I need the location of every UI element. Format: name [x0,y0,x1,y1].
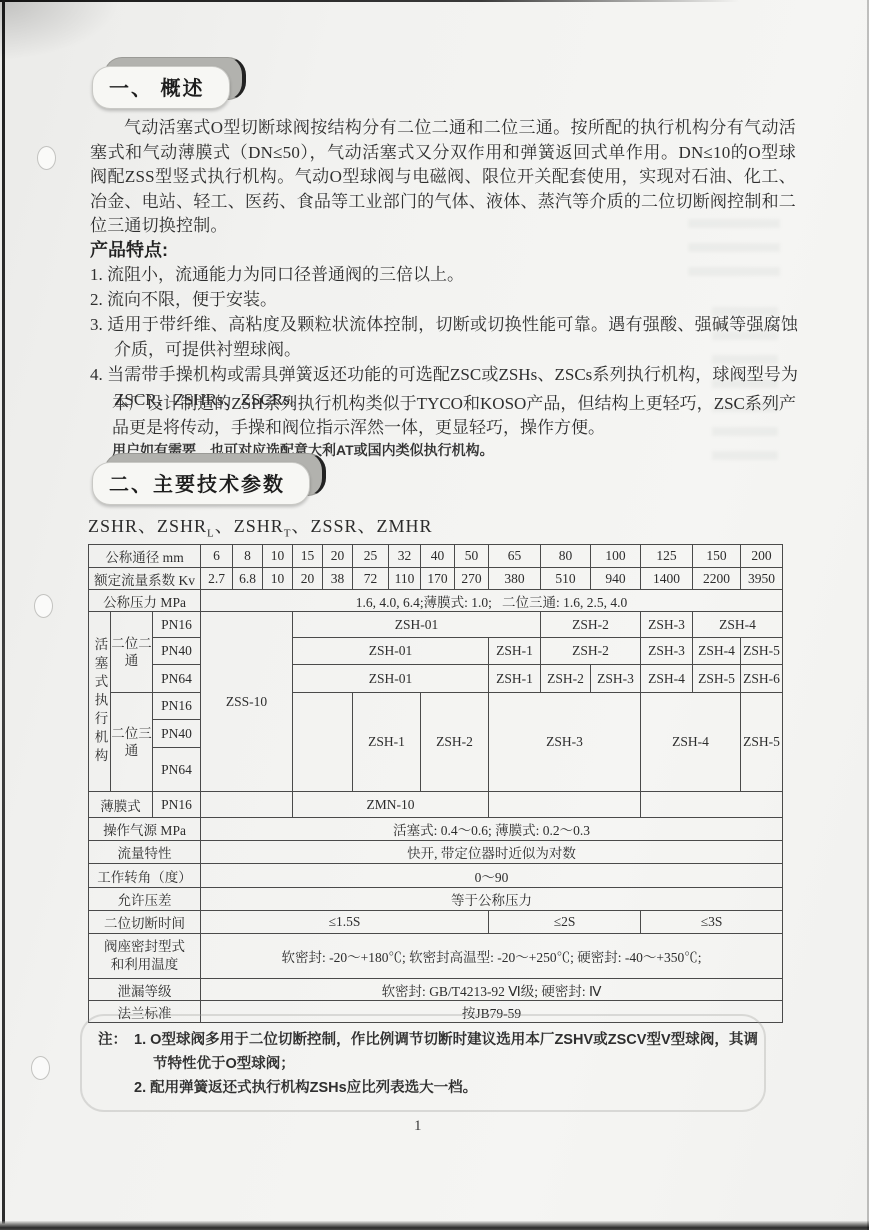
three-way-group-label: 二位三通 [111,693,153,792]
kv-value: 2.7 [201,568,233,590]
seal-type-value: 软密封: -20～+180℃; 软密封高温型: -20～+250℃; 硬密封: … [201,934,783,979]
pressure-value: 1.6, 4.0, 6.4;薄膜式: 1.0; 二位三通: 1.6, 2.5, … [201,590,783,612]
dn-value: 100 [591,545,641,568]
model-subscript: T [284,528,292,540]
scan-edge-bottom [0,1221,869,1230]
binder-hole-artifact [34,594,53,618]
actuator-cell: ZSH-2 [541,665,591,693]
seal-type-label-line2: 和利用温度 [111,957,179,972]
scan-corner-shade [0,0,120,60]
table-row: 额定流量系数 Kv 2.7 6.8 10 20 38 72 110 170 27… [89,568,783,590]
empty-cell [489,792,641,818]
table-row: 二位三通 PN16 ZSH-1 ZSH-2 ZSH-3 ZSH-4 ZSH-5 [89,693,783,720]
binder-hole-artifact [31,1056,50,1080]
actuator-cell: ZSH-2 [541,612,641,638]
dn-value: 50 [455,545,489,568]
section2-header-badge: 二、主要技术参数 [92,462,310,505]
kv-value: 1400 [641,568,693,590]
dn-value: 32 [389,545,421,568]
pn-cell: PN64 [153,665,201,693]
actuator-cell: ZSH-3 [641,612,693,638]
kv-value: 270 [455,568,489,590]
air-supply-label: 操作气源 MPa [89,818,201,841]
kv-value: 2200 [693,568,741,590]
actuator-cell: ZSH-4 [641,665,693,693]
actuator-cell: ZSH-01 [293,638,489,665]
table-row: 阀座密封型式和利用温度 软密封: -20～+180℃; 软密封高温型: -20～… [89,934,783,979]
dn-value: 125 [641,545,693,568]
section2-title: 二、主要技术参数 [92,462,310,505]
cutoff-time-value-3: ≤3S [641,911,783,934]
page-number: 1 [414,1118,422,1135]
table-row: 二位切断时间 ≤1.5S ≤2S ≤3S [89,911,783,934]
model-segment: 、ZSSR、ZMHR [292,516,433,536]
pn-cell: PN64 [153,748,201,792]
technical-parameters-table: 公称通径 mm 6 8 10 15 20 25 32 40 50 65 80 1… [88,544,783,1023]
two-way-group-label: 二位二通 [111,612,153,693]
notes-marker: 注： [98,1028,134,1100]
model-segment: 、ZSHR [215,516,284,536]
table-row: PN40 ZSH-01 ZSH-1 ZSH-2 ZSH-3 ZSH-4 ZSH-… [89,638,783,665]
kv-label: 额定流量系数 Kv [89,568,201,590]
actuator-cell: ZSH-6 [741,665,783,693]
flow-characteristic-value: 快开, 带定位器时近似为对数 [201,841,783,864]
actuator-cell: ZSH-3 [489,693,641,792]
kv-value: 380 [489,568,541,590]
kv-value: 3950 [741,568,783,590]
rotation-angle-label: 工作转角（度） [89,864,201,888]
empty-cell [641,792,783,818]
kv-value: 6.8 [233,568,263,590]
table-row: 公称通径 mm 6 8 10 15 20 25 32 40 50 65 80 1… [89,545,783,568]
model-subscript: L [207,528,215,540]
actuator-cell: ZSH-5 [741,638,783,665]
pn-cell: PN16 [153,693,201,720]
actuator-cell: ZSH-4 [693,612,783,638]
table-row: 流量特性 快开, 带定位器时近似为对数 [89,841,783,864]
features-list: 1. 流阻小，流通能力为同口径普通阀的三倍以上。 2. 流向不限，便于安装。 3… [90,262,798,412]
zss10-cell: ZSS-10 [201,612,293,792]
zmn10-cell: ZMN-10 [293,792,489,818]
actuator-cell: ZSH-01 [293,665,489,693]
dn-value: 65 [489,545,541,568]
pressure-diff-value: 等于公称压力 [201,888,783,911]
actuator-cell: ZSH-1 [353,693,421,792]
model-list: ZSHR、ZSHRL、ZSHRT、ZSSR、ZMHR [88,512,433,540]
kv-value: 72 [353,568,389,590]
dn-value: 150 [693,545,741,568]
note-item-1: 1. O型球阀多用于二位切断控制，作比例调节切断时建议选用本厂ZSHV或ZSCV… [134,1028,758,1076]
actuator-cell: ZSH-2 [541,638,641,665]
dn-value: 8 [233,545,263,568]
pn-cell: PN16 [153,792,201,818]
cutoff-time-value-2: ≤2S [489,911,641,934]
feature-item-2: 2. 流向不限，便于安装。 [90,287,798,312]
table-row: PN64 ZSH-01 ZSH-1 ZSH-2 ZSH-3 ZSH-4 ZSH-… [89,665,783,693]
pn-cell: PN40 [153,638,201,665]
pn-cell: PN16 [153,612,201,638]
table-row: 允许压差 等于公称压力 [89,888,783,911]
actuator-cell: ZSH-5 [741,693,783,792]
flow-characteristic-label: 流量特性 [89,841,201,864]
actuator-cell: ZSH-01 [293,612,541,638]
notes-block: 注： 1. O型球阀多用于二位切断控制，作比例调节切断时建议选用本厂ZSHV或Z… [98,1028,758,1100]
pressure-diff-label: 允许压差 [89,888,201,911]
piston-actuator-vertical-label: 活塞式执行机构 [89,612,111,792]
empty-cell [201,792,293,818]
table-row: 泄漏等级 软密封: GB/T4213-92 Ⅵ级; 硬密封: Ⅳ [89,979,783,1001]
intro-paragraph: 气动活塞式O型切断球阀按结构分有二位二通和二位三通。按所配的执行机构分有气动活塞… [90,116,796,239]
actuator-cell: ZSH-3 [641,638,693,665]
dn-value: 10 [263,545,293,568]
empty-cell [293,693,353,792]
kv-value: 110 [389,568,421,590]
dn-value: 20 [323,545,353,568]
scan-edge-left [2,0,5,1230]
dn-value: 25 [353,545,389,568]
actuator-cell: ZSH-1 [489,665,541,693]
dn-value: 40 [421,545,455,568]
features-heading: 产品特点: [90,236,168,262]
kv-value: 20 [293,568,323,590]
leakage-value: 软密封: GB/T4213-92 Ⅵ级; 硬密封: Ⅳ [201,979,783,1001]
seal-type-label: 阀座密封型式和利用温度 [89,934,201,979]
table-row: 活塞式执行机构 二位二通 PN16 ZSS-10 ZSH-01 ZSH-2 ZS… [89,612,783,638]
kv-value: 940 [591,568,641,590]
dn-value: 200 [741,545,783,568]
kv-value: 170 [421,568,455,590]
table-row: 公称压力 MPa 1.6, 4.0, 6.4;薄膜式: 1.0; 二位三通: 1… [89,590,783,612]
kv-value: 38 [323,568,353,590]
dn-value: 6 [201,545,233,568]
actuator-cell: ZSH-4 [641,693,741,792]
cutoff-time-label: 二位切断时间 [89,911,201,934]
dn-value: 80 [541,545,591,568]
rotation-angle-value: 0～90 [201,864,783,888]
diaphragm-label: 薄膜式 [89,792,153,818]
model-segment: ZSHR、ZSHR [88,516,207,536]
section1-header-badge: 一、 概述 [92,66,230,109]
zsh-series-paragraph: 本厂设计制造的ZSH系列执行机构类似于TYCO和KOSO产品，但结构上更轻巧，Z… [112,392,796,440]
table-row: 工作转角（度） 0～90 [89,864,783,888]
feature-item-1: 1. 流阻小，流通能力为同口径普通阀的三倍以上。 [90,262,798,287]
actuator-cell: ZSH-2 [421,693,489,792]
cutoff-time-value-1: ≤1.5S [201,911,489,934]
pn-cell: PN40 [153,720,201,748]
table-row: 操作气源 MPa 活塞式: 0.4～0.6; 薄膜式: 0.2～0.3 [89,818,783,841]
scanned-document-page: { "page": { "number": "1" }, "section1":… [0,0,869,1230]
notes-body: 1. O型球阀多用于二位切断控制，作比例调节切断时建议选用本厂ZSHV或ZSCV… [134,1028,758,1100]
note-item-2: 2. 配用弹簧返还式执行机构ZSHs应比列表选大一档。 [134,1076,758,1100]
dn-value: 15 [293,545,323,568]
actuator-cell: ZSH-4 [693,638,741,665]
actuator-cell: ZSH-3 [591,665,641,693]
actuator-cell: ZSH-1 [489,638,541,665]
table-row: 薄膜式 PN16 ZMN-10 [89,792,783,818]
kv-value: 510 [541,568,591,590]
feature-item-3: 3. 适用于带纤维、高粘度及颗粒状流体控制，切断或切换性能可靠。遇有强酸、强碱等… [90,312,798,362]
section1-title: 一、 概述 [92,66,230,109]
dn-label: 公称通径 mm [89,545,201,568]
air-supply-value: 活塞式: 0.4～0.6; 薄膜式: 0.2～0.3 [201,818,783,841]
actuator-cell: ZSH-5 [693,665,741,693]
pressure-label: 公称压力 MPa [89,590,201,612]
seal-type-label-line1: 阀座密封型式 [104,939,185,954]
binder-hole-artifact [37,146,56,170]
leakage-label: 泄漏等级 [89,979,201,1001]
kv-value: 10 [263,568,293,590]
